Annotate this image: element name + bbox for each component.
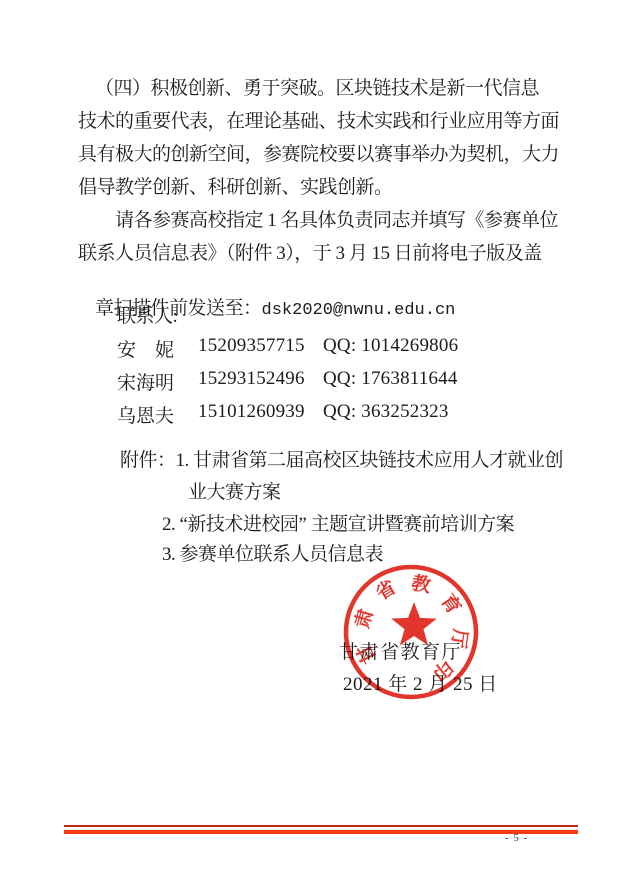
paragraph-line: 联系人员信息表》（附件 3），于 3 月 15 日前将电子版及盖 — [78, 243, 542, 265]
footer-rule-thin — [64, 825, 578, 827]
paragraph-line: 倡导教学创新、科研创新、实践创新。 — [78, 177, 393, 199]
contact-name: 安 妮 — [117, 335, 174, 362]
contact-qq: QQ: 1763811644 — [323, 368, 458, 390]
official-seal: 甘 肃 省 教 育 厅 印 — [340, 561, 482, 703]
paragraph-line: 具有极大的创新空间，参赛院校要以赛事举办为契机，大力 — [78, 144, 559, 166]
document-page: （四）积极创新、勇于突破。区块链技术是新一代信息 技术的重要代表，在理论基础、技… — [0, 0, 624, 881]
contact-row: 宋海明 15293152496 QQ: 1763811644 — [0, 368, 624, 392]
contact-row: 乌恩夫 15101260939 QQ: 363252323 — [0, 401, 624, 425]
contacts-header: 联系人: — [117, 306, 177, 328]
contact-row: 安 妮 15209357715 QQ: 1014269806 — [0, 335, 624, 359]
email-address: dsk2020@nwnu.edu.cn — [262, 301, 456, 320]
seal-char: 厅 — [447, 627, 472, 650]
seal-char: 肃 — [350, 606, 377, 631]
seal-star-icon — [391, 602, 437, 645]
contact-qq: QQ: 1014269806 — [323, 335, 458, 357]
attachment-item: 2. “新技术进校园” 主题宣讲暨赛前培训方案 — [162, 514, 514, 536]
paragraph-line: 技术的重要代表，在理论基础、技术实践和行业应用等方面 — [78, 111, 559, 133]
contact-qq: QQ: 363252323 — [323, 401, 449, 423]
page-number: - 5 - — [505, 832, 528, 844]
contact-phone: 15293152496 — [198, 368, 305, 390]
seal-char: 教 — [409, 571, 433, 598]
contact-phone: 15101260939 — [198, 401, 305, 423]
attachment-item: 附件：1. 甘肃省第二届高校区块链技术应用人才就业创 — [120, 450, 563, 472]
seal-graphic: 甘 肃 省 教 育 厅 印 — [340, 561, 482, 703]
paragraph-line: （四）积极创新、勇于突破。区块链技术是新一代信息 — [95, 78, 539, 100]
paragraph-line: 请各参赛高校指定 1 名具体负责同志并填写《参赛单位 — [115, 210, 558, 232]
contact-phone: 15209357715 — [198, 335, 305, 357]
footer-rule-thick — [64, 830, 578, 834]
contact-name: 乌恩夫 — [117, 401, 174, 428]
attachment-item-continuation: 业大赛方案 — [188, 482, 281, 504]
contact-name: 宋海明 — [117, 368, 174, 395]
